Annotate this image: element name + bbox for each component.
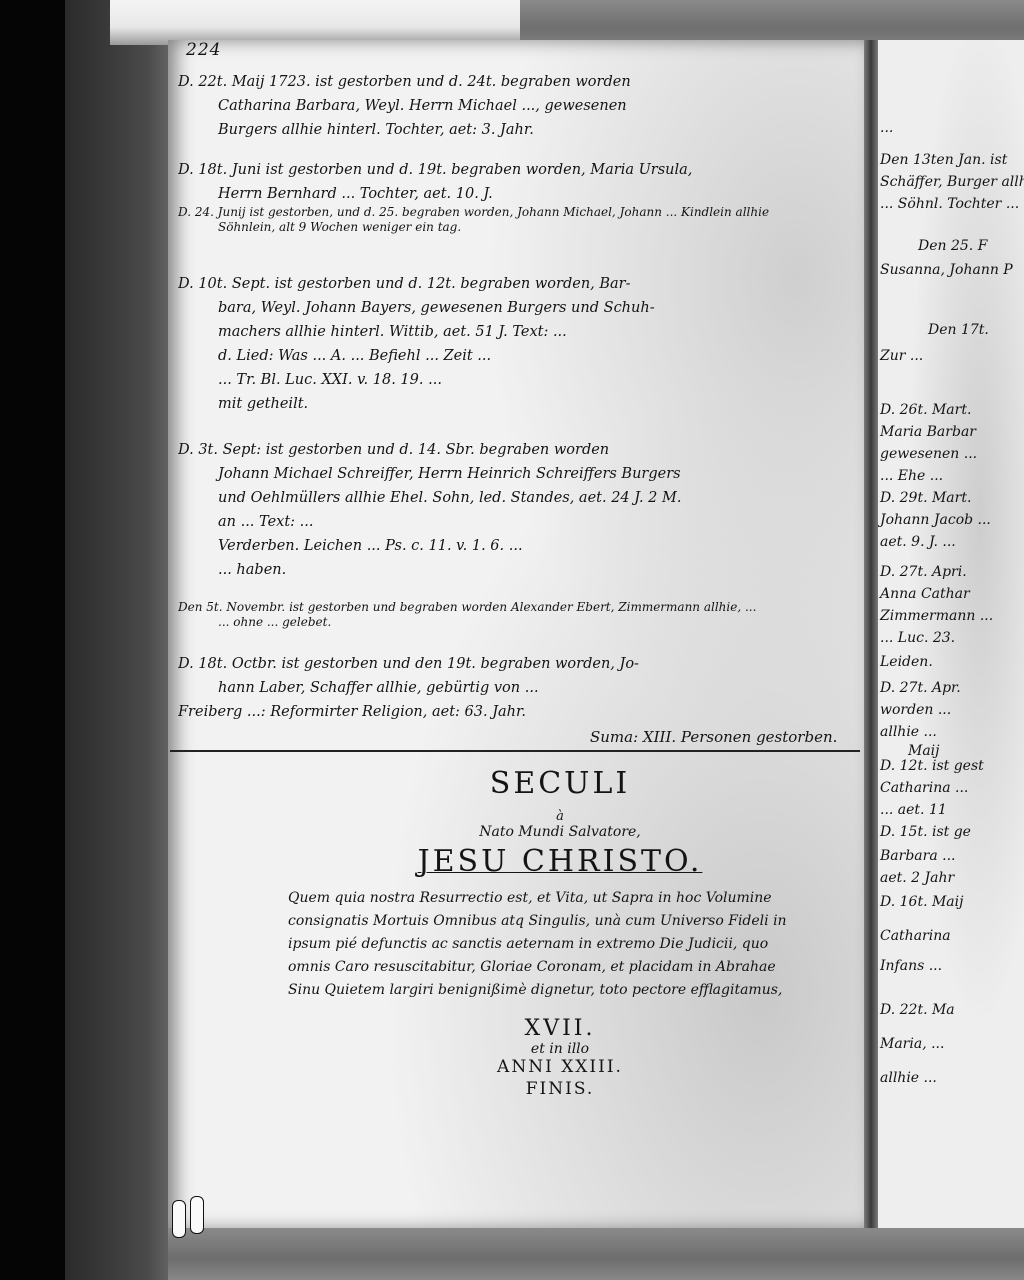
entry-line: an ... Text: ...: [178, 510, 858, 534]
right-line: ...: [880, 120, 893, 136]
right-line: Maria, ...: [880, 1036, 944, 1052]
inscription-latin-text: Quem quia nostra Resurrectio est, et Vit…: [280, 887, 840, 1002]
right-line: Den 25. F: [918, 238, 987, 254]
section-divider: [170, 750, 860, 752]
right-line: Zur ...: [880, 348, 923, 364]
bottom-margin-strip: [168, 1228, 1024, 1280]
register-entry: D. 22t. Maij 1723. ist gestorben und d. …: [178, 70, 858, 142]
entry-line: D. 3t. Sept: ist gestorben und d. 14. Sb…: [178, 438, 858, 462]
right-line: Johann Jacob ...: [880, 512, 991, 528]
entry-line: Den 5t. Novembr. ist gestorben und begra…: [178, 600, 858, 615]
entry-line: D. 22t. Maij 1723. ist gestorben und d. …: [178, 70, 858, 94]
right-line: Den 17t.: [928, 322, 989, 338]
right-line: D. 12t. ist gest: [880, 758, 984, 774]
entry-line: Verderben. Leichen ... Ps. c. 11. v. 1. …: [178, 534, 858, 558]
right-line: D. 29t. Mart.: [880, 490, 971, 506]
entry-line: Catharina Barbara, Weyl. Herrn Michael .…: [178, 94, 858, 118]
right-line: worden ...: [880, 702, 951, 718]
right-line: Maij: [908, 744, 940, 759]
right-line: Schäffer, Burger allh.: [880, 174, 1024, 190]
entry-line: D. 18t. Octbr. ist gestorben und den 19t…: [178, 652, 858, 676]
entry-line: ... Tr. Bl. Luc. XXI. v. 18. 19. ...: [178, 368, 858, 392]
entry-line: Johann Michael Schreiffer, Herrn Heinric…: [178, 462, 858, 486]
inscription-a: à: [280, 809, 840, 824]
inscription-anni: ANNI XXIII.: [280, 1057, 840, 1077]
right-line: ... Ehe ...: [880, 468, 943, 484]
latin-line: Sinu Quietem largiri benignißimè dignetu…: [288, 979, 840, 1002]
right-line: D. 16t. Maij: [880, 894, 963, 910]
right-line: aet. 2 Jahr: [880, 870, 954, 886]
entry-line: D. 10t. Sept. ist gestorben und d. 12t. …: [178, 272, 858, 296]
right-line: Catharina: [880, 928, 951, 944]
right-line: allhie ...: [880, 724, 937, 740]
right-line: aet. 9. J. ...: [880, 534, 956, 550]
latin-line: Quem quia nostra Resurrectio est, et Vit…: [288, 887, 840, 910]
right-line: Maria Barbar: [880, 424, 976, 440]
entry-line: hann Laber, Schaffer allhie, gebürtig vo…: [178, 676, 858, 700]
entry-line: bara, Weyl. Johann Bayers, gewesenen Bur…: [178, 296, 858, 320]
register-entry: D. 24. Junij ist gestorben, und d. 25. b…: [178, 205, 858, 235]
entry-line: machers allhie hinterl. Wittib, aet. 51 …: [178, 320, 858, 344]
clip-mark: [190, 1196, 204, 1234]
entry-line: D. 18t. Juni ist gestorben und d. 19t. b…: [178, 158, 858, 182]
right-page-text: ... Den 13ten Jan. ist Schäffer, Burger …: [878, 40, 1024, 1235]
book-binding-shadow: [65, 0, 175, 1280]
entry-line: Söhnlein, alt 9 Wochen weniger ein tag.: [178, 220, 858, 235]
clip-mark: [172, 1200, 186, 1238]
register-entry: D. 3t. Sept: ist gestorben und d. 14. Sb…: [178, 438, 858, 582]
top-shadow: [520, 0, 1024, 40]
entry-line: Burgers allhie hinterl. Tochter, aet: 3.…: [178, 118, 858, 142]
page-gutter: [864, 40, 878, 1240]
film-edge: [0, 0, 65, 1280]
inscription-et-in-illo: et in illo: [280, 1041, 840, 1057]
inscription-nato: Nato Mundi Salvatore,: [280, 824, 840, 840]
right-line: gewesenen ...: [880, 446, 977, 462]
right-line: Anna Cathar: [880, 586, 970, 602]
latin-line: omnis Caro resuscitabitur, Gloriae Coron…: [288, 956, 840, 979]
entry-line: D. 24. Junij ist gestorben, und d. 25. b…: [178, 205, 858, 220]
right-line: ... aet. 11: [880, 802, 947, 818]
inscription-century: XVII.: [280, 1016, 840, 1041]
latin-line: ipsum pié defunctis ac sanctis aeternam …: [288, 933, 840, 956]
right-line: ... Luc. 23.: [880, 630, 955, 646]
register-entry: Den 5t. Novembr. ist gestorben und begra…: [178, 600, 858, 630]
right-line: D. 22t. Ma: [880, 1002, 955, 1018]
right-line: D. 15t. ist ge: [880, 824, 971, 840]
inscription-finis: FINIS.: [280, 1079, 840, 1099]
entry-line: ... ohne ... gelebet.: [178, 615, 858, 630]
inscription-name: JESU CHRISTO.: [280, 844, 840, 879]
right-line: Catharina ...: [880, 780, 968, 796]
register-entry: D. 18t. Octbr. ist gestorben und den 19t…: [178, 652, 858, 724]
latin-line: consignatis Mortuis Omnibus atq Singulis…: [288, 910, 840, 933]
right-line: Susanna, Johann P: [880, 262, 1013, 278]
right-line: D. 26t. Mart.: [880, 402, 971, 418]
right-line: Den 13ten Jan. ist: [880, 152, 1007, 168]
entry-line: und Oehlmüllers allhie Ehel. Sohn, led. …: [178, 486, 858, 510]
entry-line: Freiberg ...: Reformirter Religion, aet:…: [178, 700, 858, 724]
right-line: Leiden.: [880, 654, 933, 670]
register-entry: D. 10t. Sept. ist gestorben und d. 12t. …: [178, 272, 858, 416]
right-line: allhie ...: [880, 1070, 937, 1086]
right-line: Infans ...: [880, 958, 942, 974]
entry-line: Herrn Bernhard ... Tochter, aet. 10. J.: [178, 182, 858, 206]
summa-total: Suma: XIII. Personen gestorben.: [590, 728, 837, 746]
entry-line: d. Lied: Was ... A. ... Befiehl ... Zeit…: [178, 344, 858, 368]
right-line: Zimmermann ...: [880, 608, 993, 624]
register-entry: D. 18t. Juni ist gestorben und d. 19t. b…: [178, 158, 858, 206]
right-line: Barbara ...: [880, 848, 955, 864]
right-line: D. 27t. Apri.: [880, 564, 967, 580]
right-line: ... Söhnl. Tochter ...: [880, 196, 1019, 212]
closing-inscription: SECULI à Nato Mundi Salvatore, JESU CHRI…: [280, 760, 840, 1099]
entry-line: ... haben.: [178, 558, 858, 582]
right-line: D. 27t. Apr.: [880, 680, 961, 696]
folio-number: 224: [186, 40, 221, 60]
inscription-heading: SECULI: [280, 766, 840, 801]
entry-line: mit getheilt.: [178, 392, 858, 416]
